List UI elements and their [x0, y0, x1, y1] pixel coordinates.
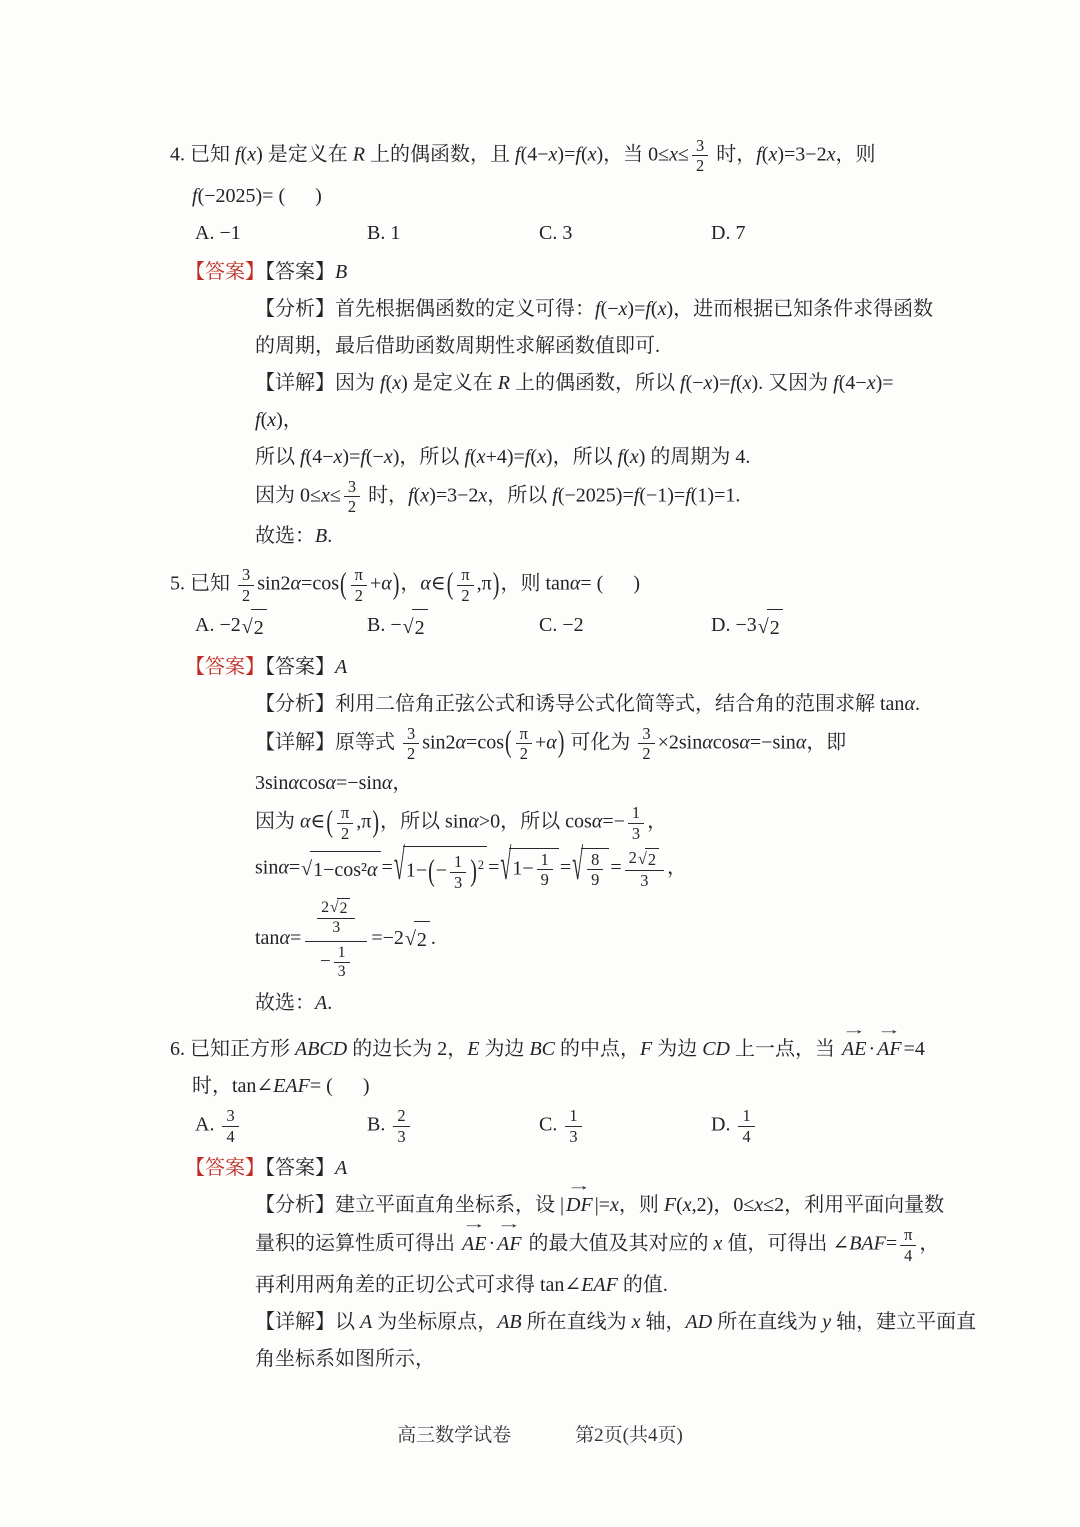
text-run: ) 的周期为 4.	[639, 446, 751, 468]
text-run: .	[327, 525, 332, 547]
numerator: 3	[238, 565, 254, 585]
text-run	[333, 1075, 363, 1097]
denominator: 2	[337, 824, 353, 843]
stem-line: 4. 已知 f(x) 是定义在 R 上的偶函数，且 f(4−x)=f(x)，当 …	[170, 136, 970, 176]
answer-line: 【答案】【答案】B	[185, 256, 970, 288]
fraction: 23	[393, 1106, 409, 1146]
radicand: 1−(−13)2	[403, 846, 487, 892]
text-run: +4)=	[486, 446, 525, 468]
math-variable: x	[743, 372, 752, 394]
text-run: )，	[276, 409, 303, 431]
options-row: A. −2√2B. −√2C. −2D. −3√2	[195, 608, 970, 644]
text-run: 2	[770, 617, 780, 639]
numerator: 1	[537, 850, 553, 870]
fraction: 19	[537, 850, 553, 890]
solution-line: 角坐标系如图所示，	[255, 1342, 970, 1376]
text-run: ，	[647, 811, 667, 833]
vector-arrow-icon: →	[462, 1217, 487, 1230]
stem-line: f(−2025)= ( )	[170, 179, 970, 213]
text-run: =cos	[466, 731, 504, 753]
answer-tag: 【答案】	[265, 656, 335, 678]
math-variable: x	[384, 446, 393, 468]
text-run: )=3−2	[777, 143, 826, 165]
solution-line: 3sinαcosα=−sinα，	[255, 766, 970, 800]
math-variable: α	[291, 573, 302, 595]
text-run: (	[470, 446, 477, 468]
question-4: 4. 已知 f(x) 是定义在 R 上的偶函数，且 f(4−x)=f(x)，当 …	[170, 136, 970, 553]
text-run: ·	[868, 1038, 875, 1060]
vector: →AF	[877, 1032, 901, 1066]
radical-glyph: √	[500, 828, 511, 903]
text-run: .	[327, 992, 332, 1014]
text-run: 量积的运算性质可得出	[255, 1233, 460, 1255]
big-paren: (	[326, 795, 333, 848]
superscript: 2	[478, 858, 484, 872]
vector: →AF	[497, 1227, 521, 1261]
math-variable: α	[702, 731, 713, 753]
denominator: 2	[516, 744, 532, 763]
big-paren: (	[505, 716, 512, 769]
text-run: 所在直线为	[522, 1311, 632, 1333]
math-variable: α	[739, 731, 750, 753]
text-run: )，所以	[393, 446, 465, 468]
fraction: π2	[457, 565, 473, 605]
denominator: 2	[692, 156, 708, 175]
big-paren: )	[558, 716, 565, 769]
text-run: ,2)，0≤	[692, 1194, 755, 1216]
text-run: ，则	[835, 143, 875, 165]
text-run: )=	[712, 372, 730, 394]
text-run: 【分析】利用二倍角正弦公式和诱导公式化简等式，结合角的范围求解 tan	[255, 693, 904, 715]
text-run: (	[736, 372, 743, 394]
text-run: ≤2，利用平面向量数	[763, 1194, 944, 1216]
text-run: (−	[686, 372, 704, 394]
numerator: 2√23	[305, 897, 367, 942]
math-variable: α	[367, 859, 378, 881]
denominator: 2	[638, 744, 654, 763]
vector-base: AE	[842, 1038, 866, 1060]
answer-value: A	[335, 1157, 347, 1179]
text-run: 【详解】以	[255, 1311, 360, 1333]
text-run: 2	[254, 617, 264, 639]
text-run: ∈	[431, 573, 446, 595]
text-run: D. −3	[711, 614, 757, 636]
big-paren: (	[340, 558, 347, 611]
vector-base: AF	[497, 1233, 521, 1255]
option-d: D. 14	[711, 1106, 758, 1146]
math-variable: α	[278, 857, 289, 879]
text-run: 的边长为 2，	[347, 1038, 467, 1060]
fraction: π2	[351, 565, 367, 605]
option-a: A. −1	[195, 216, 367, 250]
denominator: 4	[900, 1246, 916, 1265]
text-run: (4−	[521, 143, 549, 165]
solution-line: 【分析】利用二倍角正弦公式和诱导公式化简等式，结合角的范围求解 tanα.	[255, 687, 970, 721]
square-root: √2	[330, 898, 350, 918]
solution-line: 故选：A.	[255, 986, 970, 1020]
text-run: (	[676, 1194, 683, 1216]
math-variable: B	[315, 525, 327, 547]
text-run: (−	[366, 446, 384, 468]
options-row: A. −1B. 1C. 3D. 7	[195, 216, 970, 250]
numerator: 3	[692, 136, 708, 156]
math-variable: E	[467, 1038, 479, 1060]
text-run: 6. 已知正方形	[170, 1038, 295, 1060]
text-run: ×2sin	[658, 731, 703, 753]
math-variable: x	[321, 484, 330, 506]
footer-exam-title: 高三数学试卷	[397, 1420, 511, 1447]
numerator: 2√2	[317, 898, 355, 919]
text-run: A. −2	[195, 614, 241, 636]
denominator: 3	[328, 919, 344, 937]
math-variable: F	[640, 1038, 652, 1060]
text-run: )	[315, 185, 322, 207]
text-run: ≤	[678, 143, 689, 165]
option-b: B. 23	[367, 1106, 539, 1146]
text-run: |=	[595, 1194, 610, 1216]
option-b: B. 1	[367, 216, 539, 250]
text-run: ≤	[330, 484, 341, 506]
text-run: 的周期，最后借助函数周期性求解函数值即可.	[255, 335, 660, 357]
math-variable: R	[353, 143, 365, 165]
text-run: 【分析】首先根据偶函数的定义可得：	[255, 298, 595, 320]
text-run: 【详解】因为	[255, 372, 380, 394]
text-run: 角坐标系如图所示，	[255, 1348, 435, 1370]
text-run: =	[289, 857, 300, 879]
text-run: )，所以	[546, 446, 618, 468]
math-variable: BC	[529, 1038, 555, 1060]
options-row: A. 34B. 23C. 13D. 14	[195, 1106, 970, 1146]
text-run: )	[633, 573, 640, 595]
big-paren: )	[372, 795, 379, 848]
text-run: 3sin	[255, 772, 288, 794]
numerator: 1	[628, 803, 644, 823]
text-run: B. −	[367, 614, 402, 636]
math-variable: x	[267, 409, 276, 431]
fraction: 32	[692, 136, 708, 176]
numerator: π	[516, 724, 532, 744]
solution-line: 故选：B.	[255, 519, 970, 553]
math-variable: x	[610, 1194, 619, 1216]
text-run: =−	[602, 811, 625, 833]
fraction: 2√23	[317, 898, 355, 938]
stem-line: 6. 已知正方形 ABCD 的边长为 2，E 为边 BC 的中点，F 为边 CD…	[170, 1032, 970, 1066]
math-variable: α	[456, 731, 467, 753]
exam-page: 4. 已知 f(x) 是定义在 R 上的偶函数，且 f(4−x)=f(x)，当 …	[0, 0, 1080, 1527]
big-paren: (	[428, 844, 435, 897]
solution-line: 所以 f(4−x)=f(−x)，所以 f(x+4)=f(x)，所以 f(x) 的…	[255, 440, 970, 474]
text-run: 2	[417, 929, 427, 951]
solution-line: 【详解】因为 f(x) 是定义在 R 上的偶函数，所以 f(−x)=f(x). …	[255, 366, 970, 400]
option-a: A. −2√2	[195, 608, 367, 644]
denominator: 4	[738, 1127, 754, 1146]
denominator: 9	[537, 870, 553, 889]
text-run: 时，	[363, 484, 408, 506]
text-run: 【分析】建立平面直角坐标系，设 |	[255, 1194, 564, 1216]
math-variable: x	[754, 1194, 763, 1216]
solution-block: 【分析】首先根据偶函数的定义可得：f(−x)=f(x)，进而根据已知条件求得函数…	[255, 292, 970, 554]
solution-line: 量积的运算性质可得出 →AE·→AF 的最大值及其对应的 x 值，可得出 ∠BA…	[255, 1225, 970, 1265]
math-variable: R	[498, 372, 510, 394]
denominator: 3	[565, 1127, 581, 1146]
footer-page-number: 第2页(共4页)	[575, 1420, 683, 1447]
numerator: 1	[334, 944, 350, 963]
text-run: =−sin	[750, 731, 796, 753]
solution-line: 【分析】建立平面直角坐标系，设 |→DF|=x，则 F(x,2)，0≤x≤2，利…	[255, 1188, 970, 1222]
square-root: √2	[242, 609, 267, 645]
text-run: ，所以	[487, 484, 552, 506]
text-run: 为边	[652, 1038, 702, 1060]
math-variable: α	[279, 927, 290, 949]
fraction: 2√23	[625, 848, 664, 890]
square-root: √1−(−13)2	[394, 846, 487, 892]
math-variable: x	[392, 372, 401, 394]
text-run: =	[290, 927, 301, 949]
text-run: ，	[392, 772, 412, 794]
answer-tag-red: 【答案】	[185, 1157, 265, 1179]
math-variable: EAF	[273, 1075, 310, 1097]
answer-tag: 【答案】	[265, 261, 335, 283]
solution-line: 的周期，最后借助函数周期性求解函数值即可.	[255, 329, 970, 363]
text-run: .	[431, 927, 436, 949]
text-run: 2	[321, 899, 329, 916]
text-run: 2	[629, 848, 637, 867]
square-root: √2	[405, 921, 430, 957]
text-run: 的值.	[618, 1274, 668, 1296]
text-run: 上一点，当	[730, 1038, 840, 1060]
big-paren: )	[493, 558, 500, 611]
option-b: B. −√2	[367, 608, 539, 644]
vector-arrow-icon: →	[877, 1023, 902, 1036]
text-run	[285, 185, 315, 207]
text-run: +	[370, 573, 381, 595]
text-run: )=	[627, 298, 645, 320]
radicand: 1−cos²α	[310, 851, 380, 887]
text-run: 2	[648, 850, 656, 869]
text-run: 上的偶函数，所以	[510, 372, 680, 394]
vector: →DF	[566, 1188, 593, 1222]
text-run: =	[610, 857, 621, 879]
text-run: =	[382, 857, 393, 879]
text-run: 3	[332, 919, 340, 936]
text-run: )	[363, 1075, 370, 1097]
answer-value: B	[335, 261, 347, 283]
radicand: 2	[767, 609, 783, 645]
text-run: D. 7	[711, 222, 745, 244]
fraction: 89	[587, 850, 603, 890]
math-variable: EAF	[581, 1274, 618, 1296]
numerator: 3	[403, 724, 419, 744]
text-run: C.	[539, 1114, 562, 1136]
text-run: (1)=1.	[691, 484, 741, 506]
vector-base: AE	[462, 1233, 486, 1255]
math-variable: x	[632, 1311, 641, 1333]
text-run: 轴，	[641, 1311, 686, 1333]
radicand: 89	[581, 848, 609, 890]
math-variable: x	[867, 372, 876, 394]
numerator: 3	[638, 724, 654, 744]
text-run: 时，	[711, 143, 756, 165]
solution-line: 因为 α∈(π2,π)，所以 sinα>0，所以 cosα=−13，	[255, 803, 970, 843]
text-run: A. −1	[195, 222, 241, 244]
square-root: √2	[638, 848, 659, 869]
numerator: π	[900, 1225, 916, 1245]
solution-line: sinα=√1−cos²α=√1−(−13)2=√1−19=√89=2√23，	[255, 846, 970, 892]
fraction: 2√23−13	[305, 897, 367, 982]
text-run: 1−	[406, 860, 427, 882]
denominator: 2	[351, 586, 367, 605]
text-run: D.	[711, 1114, 735, 1136]
text-run: 为坐标原点，	[372, 1311, 497, 1333]
math-variable: CD	[702, 1038, 730, 1060]
math-variable: α	[592, 811, 603, 833]
text-run: =cos	[301, 573, 339, 595]
question-stem: 4. 已知 f(x) 是定义在 R 上的偶函数，且 f(4−x)=f(x)，当 …	[170, 136, 970, 213]
text-run: 所在直线为	[712, 1311, 822, 1333]
math-variable: AD	[686, 1311, 713, 1333]
math-variable: α	[381, 573, 392, 595]
math-variable: x	[478, 484, 487, 506]
solution-line: 【详解】以 A 为坐标原点，AB 所在直线为 x 轴，AD 所在直线为 y 轴，…	[255, 1305, 970, 1339]
text-run: =	[886, 1233, 897, 1255]
numerator: π	[457, 565, 473, 585]
math-variable: x	[247, 143, 256, 165]
vector: →AE	[842, 1032, 866, 1066]
denominator: −13	[311, 942, 362, 982]
vector-arrow-icon: →	[842, 1023, 867, 1036]
solution-block: 【分析】利用二倍角正弦公式和诱导公式化简等式，结合角的范围求解 tanα.【详解…	[255, 687, 970, 1021]
text-run: cos	[713, 731, 740, 753]
denominator: 2	[403, 744, 419, 763]
vector-base: AF	[877, 1038, 901, 1060]
fraction: 32	[403, 724, 419, 764]
fraction: 13	[334, 944, 350, 982]
text-run: sin	[255, 857, 278, 879]
fraction: 13	[565, 1106, 581, 1146]
text-run: 故选：	[255, 525, 315, 547]
text-run: =−sin	[336, 772, 382, 794]
text-run: 所以	[255, 446, 300, 468]
text-run: =	[560, 857, 571, 879]
math-variable: α	[326, 772, 337, 794]
text-run: =4	[904, 1038, 925, 1060]
text-run: =−2	[371, 927, 404, 949]
text-run: (	[581, 143, 588, 165]
numerator: 1	[565, 1106, 581, 1126]
text-run: 1−	[512, 858, 533, 880]
text-run: ,π	[477, 573, 492, 595]
solution-line: 因为 0≤x≤32 时，f(x)=3−2x，所以 f(−2025)=f(−1)=…	[255, 477, 970, 517]
radicand: 2	[412, 609, 428, 645]
fraction: π4	[900, 1225, 916, 1265]
radicand: 2	[414, 921, 430, 957]
text-run: 为边	[479, 1038, 529, 1060]
text-run: 5. 已知	[170, 573, 235, 595]
question-stem: 6. 已知正方形 ABCD 的边长为 2，E 为边 BC 的中点，F 为边 CD…	[170, 1032, 970, 1103]
text-run: ∈	[311, 811, 326, 833]
text-run: 可化为	[565, 731, 635, 753]
text-run: (−2025)= (	[198, 185, 286, 207]
fraction: 14	[738, 1106, 754, 1146]
math-variable: α	[570, 573, 581, 595]
text-run: 故选：	[255, 992, 315, 1014]
text-run: )=3−2	[429, 484, 478, 506]
text-run: −	[320, 951, 331, 972]
text-run: ,π	[356, 811, 371, 833]
numerator: 2	[393, 1106, 409, 1126]
radicand: 2	[337, 898, 351, 918]
math-variable: α	[796, 731, 807, 753]
math-variable: A	[315, 992, 327, 1014]
denominator: 2	[238, 586, 254, 605]
exam-content: 4. 已知 f(x) 是定义在 R 上的偶函数，且 f(4−x)=f(x)，当 …	[170, 136, 970, 1388]
radicand: 2	[645, 848, 659, 869]
math-variable: AB	[497, 1311, 521, 1333]
text-run: (	[651, 298, 658, 320]
big-paren: )	[470, 844, 477, 897]
text-run: ，则	[619, 1194, 664, 1216]
square-root: √2	[758, 609, 783, 645]
text-run: 的中点，	[555, 1038, 640, 1060]
page-footer: 高三数学试卷 第2页(共4页)	[0, 1420, 1080, 1447]
text-run: tan	[255, 927, 279, 949]
numerator: 1	[738, 1106, 754, 1126]
math-variable: α	[546, 731, 557, 753]
option-c: C. 13	[539, 1106, 711, 1146]
numerator: 3	[222, 1106, 238, 1126]
math-variable: α	[904, 693, 915, 715]
math-variable: x	[683, 1194, 692, 1216]
question-stem: 5. 已知 32sin2α=cos(π2+α)，α∈(π2,π)，则 tanα=…	[170, 565, 970, 605]
denominator: 4	[222, 1127, 238, 1146]
text-run: 轴，建立平面直	[831, 1311, 976, 1333]
text-run: ，则 tan	[500, 573, 569, 595]
radicand: 2	[251, 609, 267, 645]
math-variable: x	[420, 484, 429, 506]
fraction: 32	[638, 724, 654, 764]
text-run: sin2	[257, 573, 290, 595]
big-paren: )	[393, 558, 400, 611]
fraction: 32	[238, 565, 254, 605]
text-run: ，	[667, 857, 687, 879]
stem-line: 时，tan∠EAF= ( )	[170, 1069, 970, 1103]
text-run: = (	[310, 1075, 333, 1097]
text-run: )=	[342, 446, 360, 468]
text-run: 的最大值及其对应的	[524, 1233, 714, 1255]
text-run: ·	[488, 1233, 495, 1255]
numerator: 3	[344, 477, 360, 497]
denominator: 3	[450, 873, 466, 892]
text-run: (	[623, 446, 630, 468]
text-run: C. −2	[539, 614, 584, 636]
text-run: sin2	[422, 731, 455, 753]
math-variable: A	[360, 1311, 372, 1333]
text-run: C. 3	[539, 222, 572, 244]
numerator: π	[351, 565, 367, 585]
text-run: cos	[299, 772, 326, 794]
vector-arrow-icon: →	[567, 1179, 592, 1192]
text-run: 4. 已知	[170, 143, 235, 165]
text-run: ) 是定义在	[401, 372, 498, 394]
denominator: 3	[393, 1127, 409, 1146]
text-run: =	[488, 857, 499, 879]
math-variable: x	[669, 143, 678, 165]
answer-tag-red: 【答案】	[185, 656, 265, 678]
question-6: 6. 已知正方形 ABCD 的边长为 2，E 为边 BC 的中点，F 为边 CD…	[170, 1032, 970, 1375]
square-root: √1−cos²α	[301, 851, 380, 887]
option-d: D. 7	[711, 216, 745, 250]
fraction: 32	[344, 477, 360, 517]
